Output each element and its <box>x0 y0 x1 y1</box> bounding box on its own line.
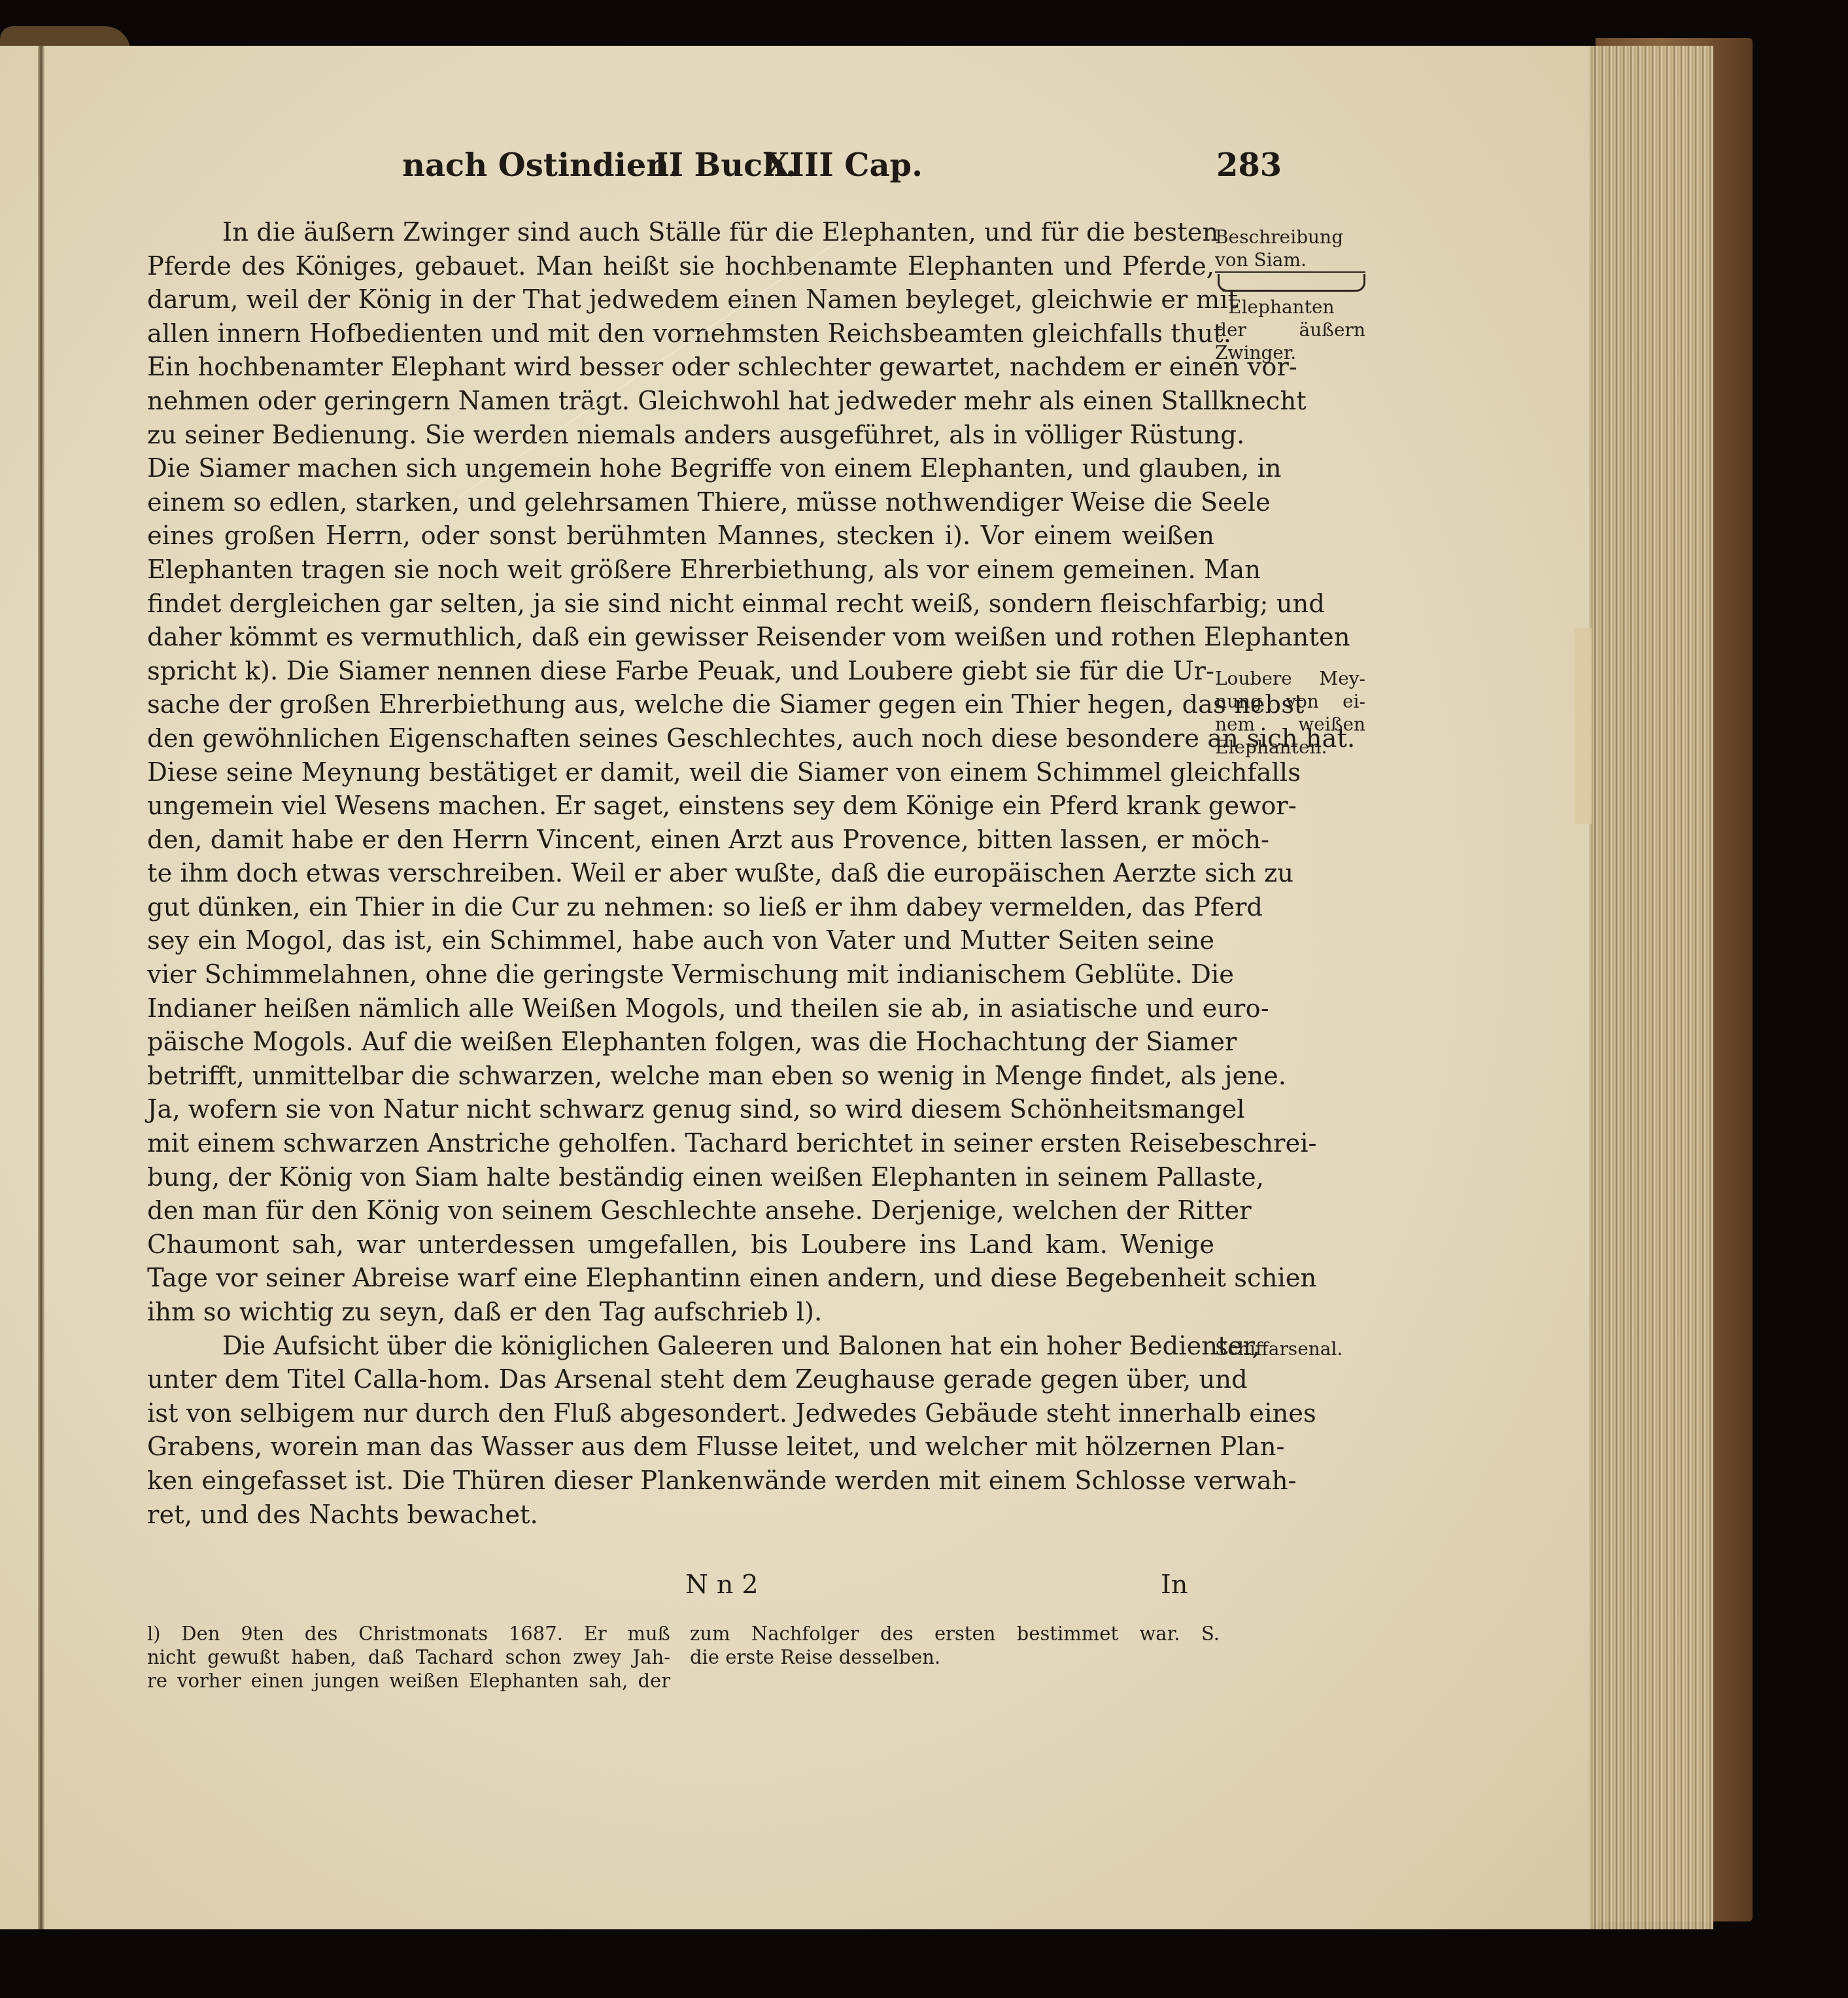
text-line: Chaumont sah, war unterdessen umgefallen… <box>147 1228 1214 1262</box>
margin-note-line: Loubere Mey- <box>1215 667 1365 690</box>
text-line: den, damit habe er den Herrn Vincent, ei… <box>147 823 1214 857</box>
text-line: päische Mogols. Auf die weißen Elephante… <box>147 1025 1214 1059</box>
running-title: nach Ostindien. <box>402 147 680 184</box>
text-line: Indianer heißen nämlich alle Weißen Mogo… <box>147 992 1214 1026</box>
text-line: unter dem Titel Calla-hom. Das Arsenal s… <box>147 1363 1214 1397</box>
text-line: Elephanten tragen sie noch weit größere … <box>147 553 1214 587</box>
footnote-column-right: zum Nachfolger des ersten bestimmet war.… <box>690 1622 1220 1669</box>
text-line: mit einem schwarzen Anstriche geholfen. … <box>147 1127 1214 1161</box>
text-line: ret, und des Nachts bewachet. <box>147 1498 1214 1532</box>
text-line: Ja, wofern sie von Natur nicht schwarz g… <box>147 1093 1214 1127</box>
margin-note-line: Zwinger. <box>1215 341 1365 364</box>
text-line: darum, weil der König in der That jedwed… <box>147 283 1214 317</box>
footnote-line: die erste Reise desselben. <box>690 1645 1220 1669</box>
text-line: den man für den König von seinem Geschle… <box>147 1194 1214 1228</box>
text-line: Tage vor seiner Abreise warf eine Elepha… <box>147 1262 1214 1296</box>
footnote-line: zum Nachfolger des ersten bestimmet war.… <box>690 1622 1220 1645</box>
text-line: betrifft, unmittelbar die schwarzen, wel… <box>147 1059 1214 1094</box>
margin-note-line: nung von ei- <box>1215 690 1365 713</box>
text-line: ken eingefasset ist. Die Thüren dieser P… <box>147 1464 1214 1498</box>
text-line: gut dünken, ein Thier in die Cur zu nehm… <box>147 891 1214 925</box>
text-line: Ein hochbenamter Elephant wird besser od… <box>147 351 1214 385</box>
text-line: In die äußern Zwinger sind auch Ställe f… <box>147 216 1214 250</box>
margin-note-line: der äußern <box>1215 319 1365 341</box>
margin-note-line: nem weißen <box>1215 713 1365 736</box>
signature-mark: N n 2 <box>685 1570 759 1600</box>
text-line: te ihm doch etwas verschreiben. Weil er … <box>147 857 1214 891</box>
margin-note-arsenal: Schiffarsenal. <box>1215 1337 1365 1360</box>
footnote-line: l) Den 9ten des Christmonats 1687. Er mu… <box>147 1622 670 1645</box>
text-line: Die Aufsicht über die königlichen Galeer… <box>147 1330 1214 1364</box>
text-line: eines großen Herrn, oder sonst berühmten… <box>147 519 1214 553</box>
page-gutter-fold <box>38 46 44 1929</box>
margin-note-line: Elephanten. <box>1215 736 1365 759</box>
margin-note-line: von Siam. <box>1215 249 1365 273</box>
text-line: den gewöhnlichen Eigenschaften seines Ge… <box>147 722 1214 756</box>
text-line: Diese seine Meynung bestätiget er damit,… <box>147 756 1214 790</box>
text-line: zu seiner Bedienung. Sie werden niemals … <box>147 419 1214 453</box>
text-line: sache der großen Ehrerbiethung aus, welc… <box>147 688 1214 722</box>
text-line: Die Siamer machen sich ungemein hohe Beg… <box>147 452 1214 486</box>
text-line: ist von selbigem nur durch den Fluß abge… <box>147 1397 1214 1431</box>
brace-mark <box>1218 274 1365 292</box>
chapter-number: XIII Cap. <box>765 147 923 184</box>
text-line: ihm so wichtig zu seyn, daß er den Tag a… <box>147 1296 1214 1330</box>
page-stack-edges <box>1583 46 1713 1929</box>
page-edge-mark <box>1575 628 1592 824</box>
text-line: nehmen oder geringern Namen trägt. Gleic… <box>147 385 1214 419</box>
margin-note-loubere: Loubere Mey- nung von ei- nem weißen Ele… <box>1215 667 1365 759</box>
margin-note-line: Elephanten <box>1215 296 1365 319</box>
catchword: In <box>1161 1570 1188 1600</box>
text-line: bung, der König von Siam halte beständig… <box>147 1161 1214 1195</box>
body-text: In die äußern Zwinger sind auch Ställe f… <box>147 216 1214 1532</box>
footnote-column-left: l) Den 9ten des Christmonats 1687. Er mu… <box>147 1622 670 1693</box>
text-line: Pferde des Königes, gebauet. Man heißt s… <box>147 250 1214 284</box>
text-line: vier Schimmelahnen, ohne die geringste V… <box>147 958 1214 992</box>
running-header: nach Ostindien. II Buch. XIII Cap. 283 <box>402 147 1220 193</box>
margin-note-line: Schiffarsenal. <box>1215 1337 1365 1360</box>
text-line: daher kömmt es vermuthlich, daß ein gewi… <box>147 621 1214 655</box>
text-line: ungemein viel Wesens machen. Er saget, e… <box>147 789 1214 823</box>
footnote-line: re vorher einen jungen weißen Elephanten… <box>147 1669 670 1693</box>
text-line: findet dergleichen gar selten, ja sie si… <box>147 587 1214 621</box>
text-line: einem so edlen, starken, und gelehrsamen… <box>147 486 1214 520</box>
margin-note-line: Beschreibung <box>1215 226 1365 249</box>
text-line: Grabens, worein man das Wasser aus dem F… <box>147 1430 1214 1464</box>
margin-note-description: Beschreibung von Siam. Elephanten der äu… <box>1215 226 1365 364</box>
footnote-line: nicht gewußt haben, daß Tachard schon zw… <box>147 1645 670 1669</box>
page-number: 283 <box>1216 147 1282 184</box>
text-line: spricht k). Die Siamer nennen diese Farb… <box>147 655 1214 689</box>
text-line: sey ein Mogol, das ist, ein Schimmel, ha… <box>147 924 1214 958</box>
